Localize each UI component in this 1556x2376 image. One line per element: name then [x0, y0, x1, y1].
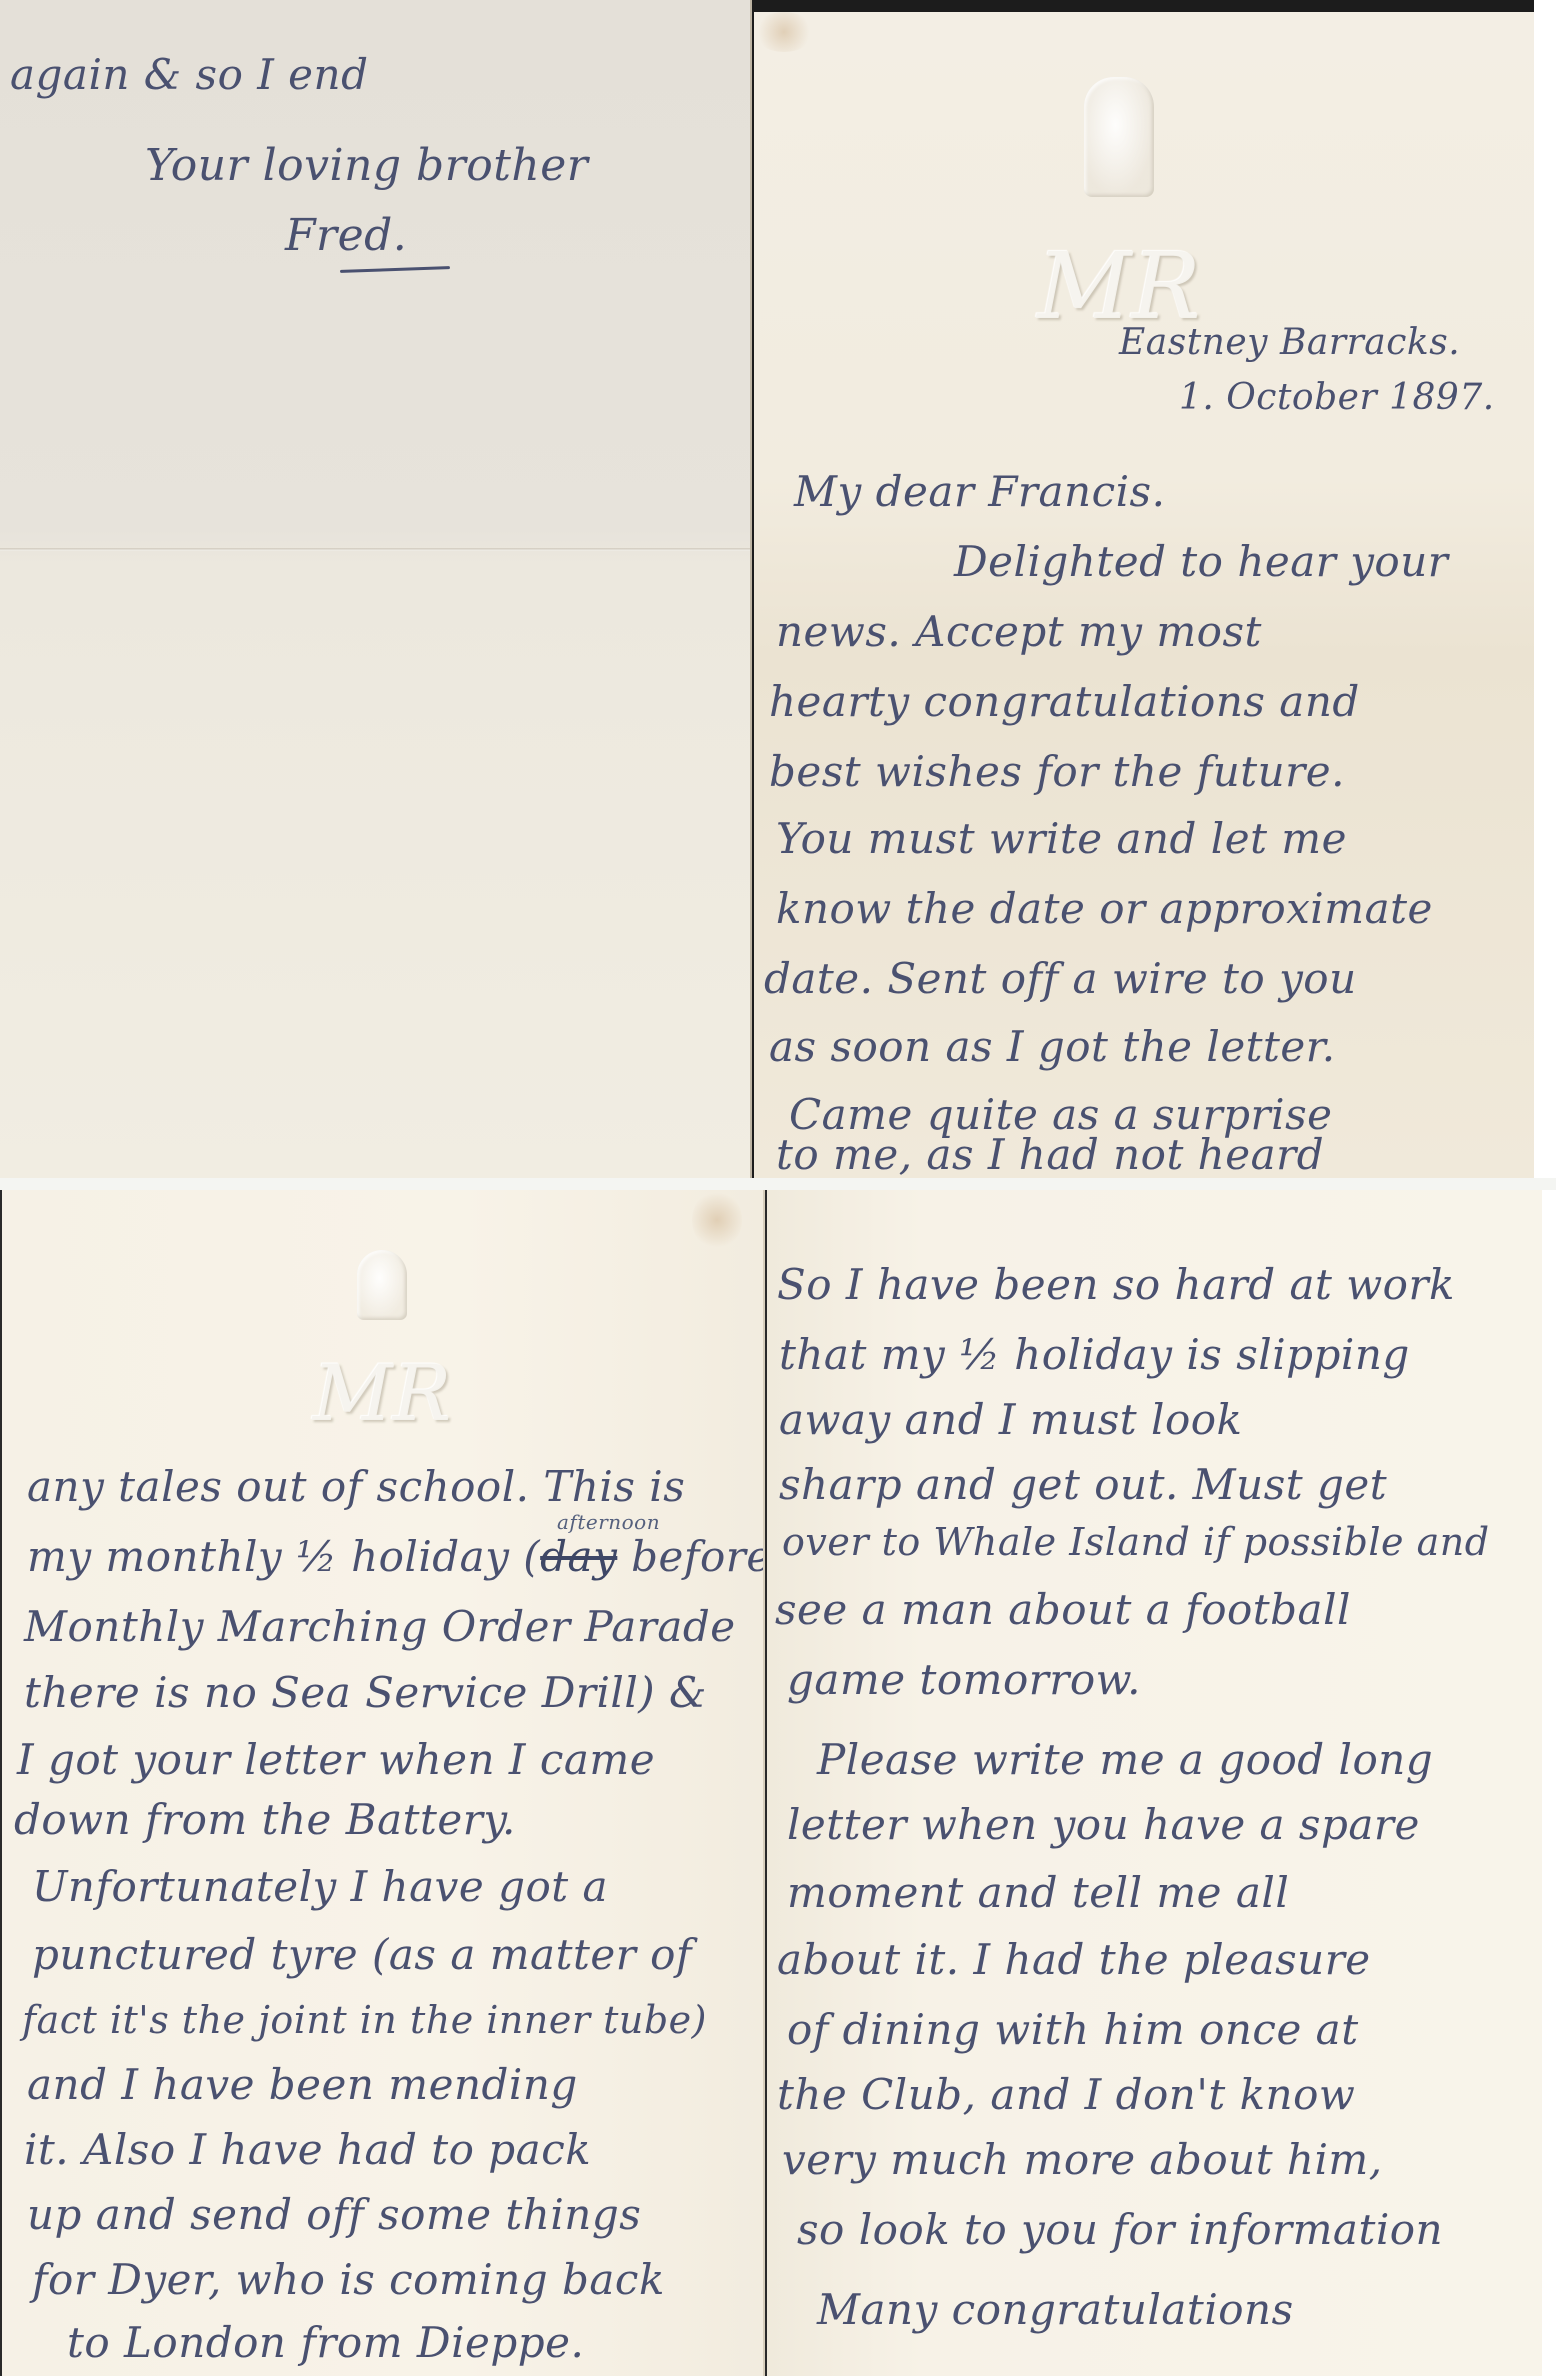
letter-date: 1. October 1897.: [1179, 377, 1495, 418]
body-line: about it. I had the pleasure: [777, 1935, 1371, 1984]
scan-margin: [1534, 0, 1556, 1178]
body-line: You must write and let me: [776, 814, 1347, 863]
struck-word: day: [540, 1532, 617, 1581]
body-line: Please write me a good long: [817, 1735, 1433, 1784]
body-line: moment and tell me all: [787, 1868, 1289, 1917]
scan-margin: [1542, 1190, 1556, 2376]
body-line: for Dyer, who is coming back: [32, 2255, 665, 2304]
embossed-crest-icon: MR: [332, 1250, 432, 1454]
body-line: over to Whale Island if possible and: [782, 1520, 1490, 1564]
body-line: the Club, and I don't know: [777, 2070, 1355, 2119]
paper-stain: [754, 12, 814, 52]
body-line: sharp and get out. Must get: [779, 1460, 1387, 1509]
body-line: hearty congratulations and: [769, 677, 1360, 726]
page-bottom-right: So I have been so hard at work that my ½…: [767, 1190, 1542, 2376]
letter-sheet-top: again & so I end Your loving brother Fre…: [0, 0, 1556, 1178]
body-line: there is no Sea Service Drill) &: [24, 1668, 707, 1717]
letter-sheet-bottom: MR any tales out of school. This is my m…: [0, 1190, 1556, 2376]
body-line: of dining with him once at: [787, 2005, 1359, 2054]
body-line: up and send off some things: [27, 2190, 641, 2239]
signature-underline: [340, 266, 450, 273]
body-line-text: my monthly ½ holiday (: [27, 1532, 540, 1581]
body-line: best wishes for the future.: [769, 747, 1345, 796]
signature: Fred.: [285, 210, 407, 261]
sender-address: Eastney Barracks.: [1119, 322, 1460, 363]
body-line: So I have been so hard at work: [777, 1260, 1455, 1309]
body-line: game tomorrow.: [787, 1655, 1141, 1704]
body-line: punctured tyre (as a matter of: [32, 1930, 692, 1979]
page-bottom-left: MR any tales out of school. This is my m…: [2, 1190, 765, 2376]
body-line: it. Also I have had to pack: [24, 2125, 591, 2174]
body-line: fact it's the joint in the inner tube): [22, 1998, 707, 2042]
body-line: to London from Dieppe.: [67, 2318, 584, 2367]
body-line-text: before: [631, 1532, 765, 1581]
body-line: Unfortunately I have got a: [32, 1862, 608, 1911]
inserted-word: afternoon: [557, 1510, 660, 1534]
body-line: down from the Battery.: [14, 1795, 516, 1844]
fold-line: [0, 548, 752, 551]
body-line: letter when you have a spare: [787, 1800, 1420, 1849]
body-line: Monthly Marching Order Parade: [24, 1602, 736, 1651]
closing-line: again & so I end: [10, 50, 368, 99]
body-line: so look to you for information: [797, 2205, 1443, 2254]
body-line: very much more about him,: [782, 2135, 1383, 2184]
body-line: any tales out of school. This is: [27, 1462, 685, 1511]
body-line-with-correction: my monthly ½ holiday (day before: [27, 1532, 765, 1581]
body-line: date. Sent off a wire to you: [764, 954, 1357, 1003]
body-line: that my ½ holiday is slipping: [779, 1330, 1410, 1379]
body-line: news. Accept my most: [776, 607, 1262, 656]
body-line: know the date or approximate: [776, 884, 1433, 933]
body-line: I got your letter when I came: [17, 1735, 655, 1784]
page-top-left: again & so I end Your loving brother Fre…: [0, 0, 752, 1178]
page-top-right: MR Eastney Barracks. 1. October 1897. My…: [754, 12, 1534, 1178]
closing-valediction: Your loving brother: [145, 140, 588, 191]
body-line: to me, as I had not heard: [776, 1130, 1324, 1178]
crown-icon: [1084, 77, 1154, 197]
body-line: as soon as I got the letter.: [769, 1022, 1336, 1071]
crown-icon: [357, 1250, 407, 1320]
salutation: My dear Francis.: [794, 467, 1165, 516]
body-line: and I have been mending: [27, 2060, 578, 2109]
embossed-crest-icon: MR: [1069, 77, 1169, 361]
body-line: Delighted to hear your: [954, 537, 1448, 586]
body-line: see a man about a football: [775, 1585, 1351, 1634]
closing-line: Many congratulations: [817, 2285, 1294, 2334]
paper-stain: [692, 1190, 742, 1250]
monogram: MR: [332, 1334, 432, 1454]
body-line: away and I must look: [779, 1395, 1243, 1444]
scan-gap: [0, 1178, 1556, 1190]
